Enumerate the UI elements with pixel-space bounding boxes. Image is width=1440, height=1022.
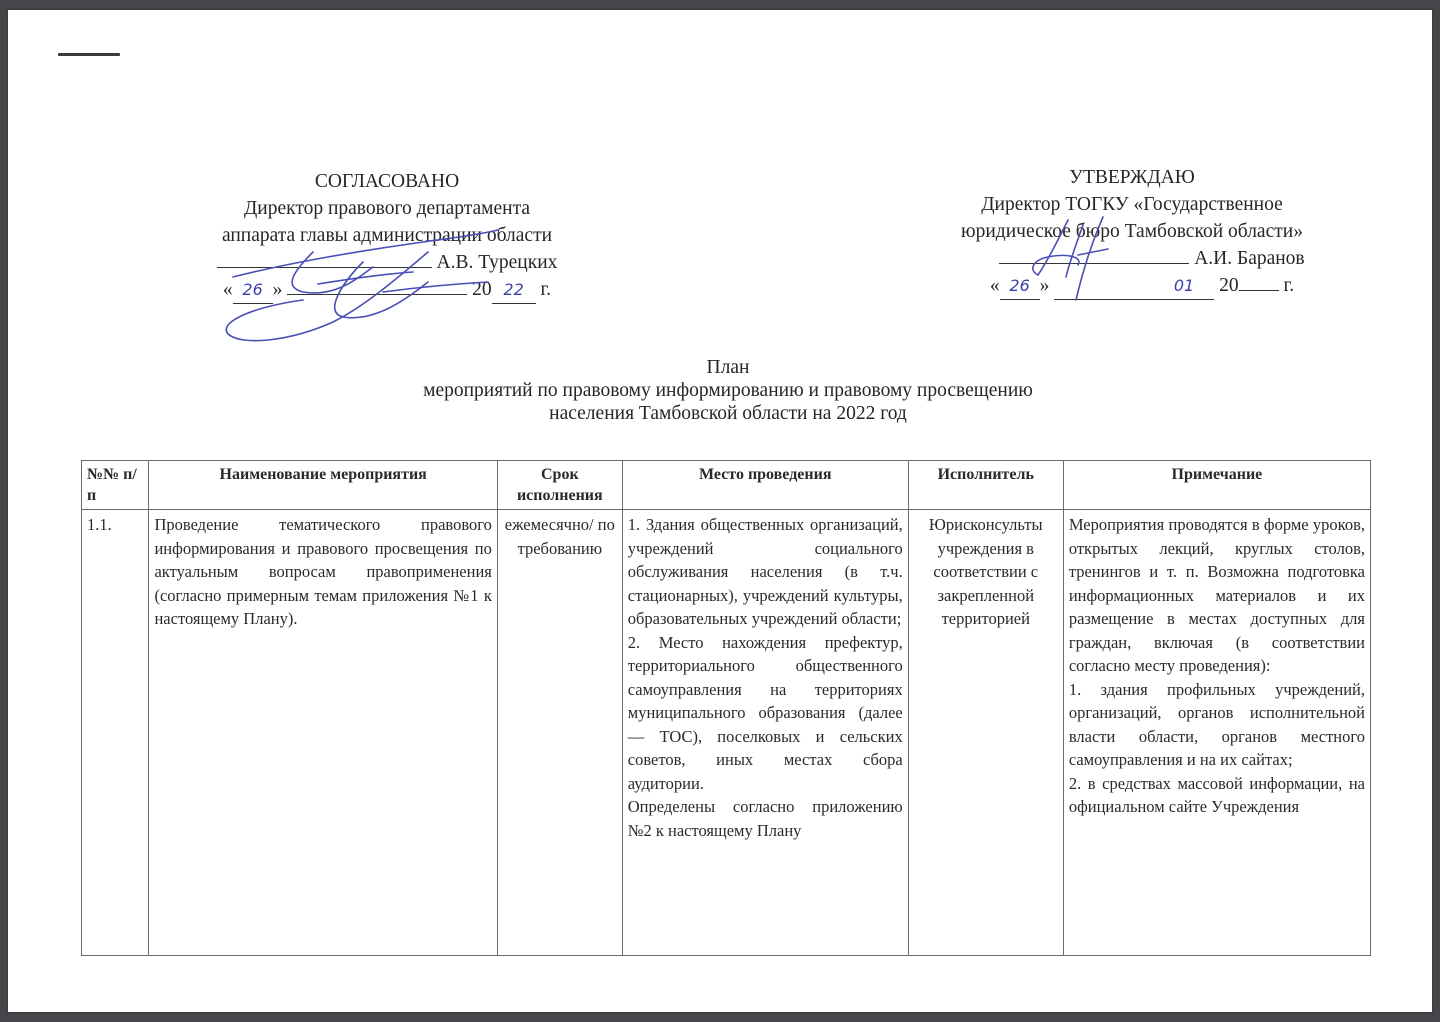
note-paragraph-2: 1. здания профильных учреждений, организ… xyxy=(1069,678,1365,772)
signature-line: А.В. Турецких xyxy=(172,249,602,276)
place-paragraph-3: Определены согласно приложению №2 к наст… xyxy=(628,795,903,842)
approval-position-line2: юридическое бюро Тамбовской области» xyxy=(912,218,1352,245)
title-line1: План xyxy=(308,356,1148,379)
date-suffix: г. xyxy=(540,279,551,300)
signer-name: А.В. Турецких xyxy=(436,252,557,273)
approval-position-line1: Директор ТОГКУ «Государственное xyxy=(912,191,1352,218)
place-paragraph-1: 1. Здания общественных организаций, учре… xyxy=(628,513,903,631)
approval-date: «26» 2022 г. xyxy=(172,276,602,304)
place-paragraph-2: 2. Место нахождения префектур, территори… xyxy=(628,631,903,796)
approval-block-agreed: СОГЛАСОВАНО Директор правового департаме… xyxy=(172,168,602,304)
cell-term: ежемесячно/ по требованию xyxy=(497,510,622,956)
approval-heading: СОГЛАСОВАНО xyxy=(172,168,602,195)
note-paragraph-3: 2. в средствах массовой информации, на о… xyxy=(1069,772,1365,819)
date-day: 26 xyxy=(233,276,273,304)
cell-executor: Юрисконсульты учреждения в соответствии … xyxy=(908,510,1063,956)
note-paragraph-1: Мероприятия проводятся в форме уроков, о… xyxy=(1069,513,1365,678)
header-name: Наименование мероприятия xyxy=(149,461,497,510)
table-header-row: №№ п/п Наименование мероприятия Срок исп… xyxy=(82,461,1371,510)
approval-position-line1: Директор правового департамента xyxy=(172,195,602,222)
date-month: 01 xyxy=(1054,272,1214,300)
approval-position-line2: аппарата главы администрации области xyxy=(172,222,602,249)
table-row: 1.1. Проведение тематического правового … xyxy=(82,510,1371,956)
document-page: СОГЛАСОВАНО Директор правового департаме… xyxy=(8,10,1432,1012)
document-title: План мероприятий по правовому информиров… xyxy=(308,356,1148,425)
approval-heading: УТВЕРЖДАЮ xyxy=(912,164,1352,191)
date-year-prefix: 20 xyxy=(472,279,492,300)
signer-name: А.И. Баранов xyxy=(1194,248,1304,269)
date-day: 26 xyxy=(1000,272,1040,300)
cell-num: 1.1. xyxy=(82,510,149,956)
date-suffix: г. xyxy=(1283,275,1294,296)
cell-note: Мероприятия проводятся в форме уроков, о… xyxy=(1063,510,1370,956)
title-line3: населения Тамбовской области на 2022 год xyxy=(308,402,1148,425)
header-term: Срок исполнения xyxy=(497,461,622,510)
approval-block-approved: УТВЕРЖДАЮ Директор ТОГКУ «Государственно… xyxy=(912,164,1352,300)
header-note: Примечание xyxy=(1063,461,1370,510)
header-executor: Исполнитель xyxy=(908,461,1063,510)
date-year-prefix: 20 xyxy=(1219,275,1239,296)
corner-dash-mark xyxy=(58,53,120,56)
header-num: №№ п/п xyxy=(82,461,149,510)
signature-line: А.И. Баранов xyxy=(912,245,1352,272)
date-year-suffix: 22 xyxy=(492,276,536,304)
header-place: Место проведения xyxy=(622,461,908,510)
approval-date: «26» 01 20 г. xyxy=(912,272,1352,300)
title-line2: мероприятий по правовому информированию … xyxy=(308,379,1148,402)
cell-name: Проведение тематического правового инфор… xyxy=(149,510,497,956)
cell-place: 1. Здания общественных организаций, учре… xyxy=(622,510,908,956)
plan-table: №№ п/п Наименование мероприятия Срок исп… xyxy=(81,460,1371,956)
